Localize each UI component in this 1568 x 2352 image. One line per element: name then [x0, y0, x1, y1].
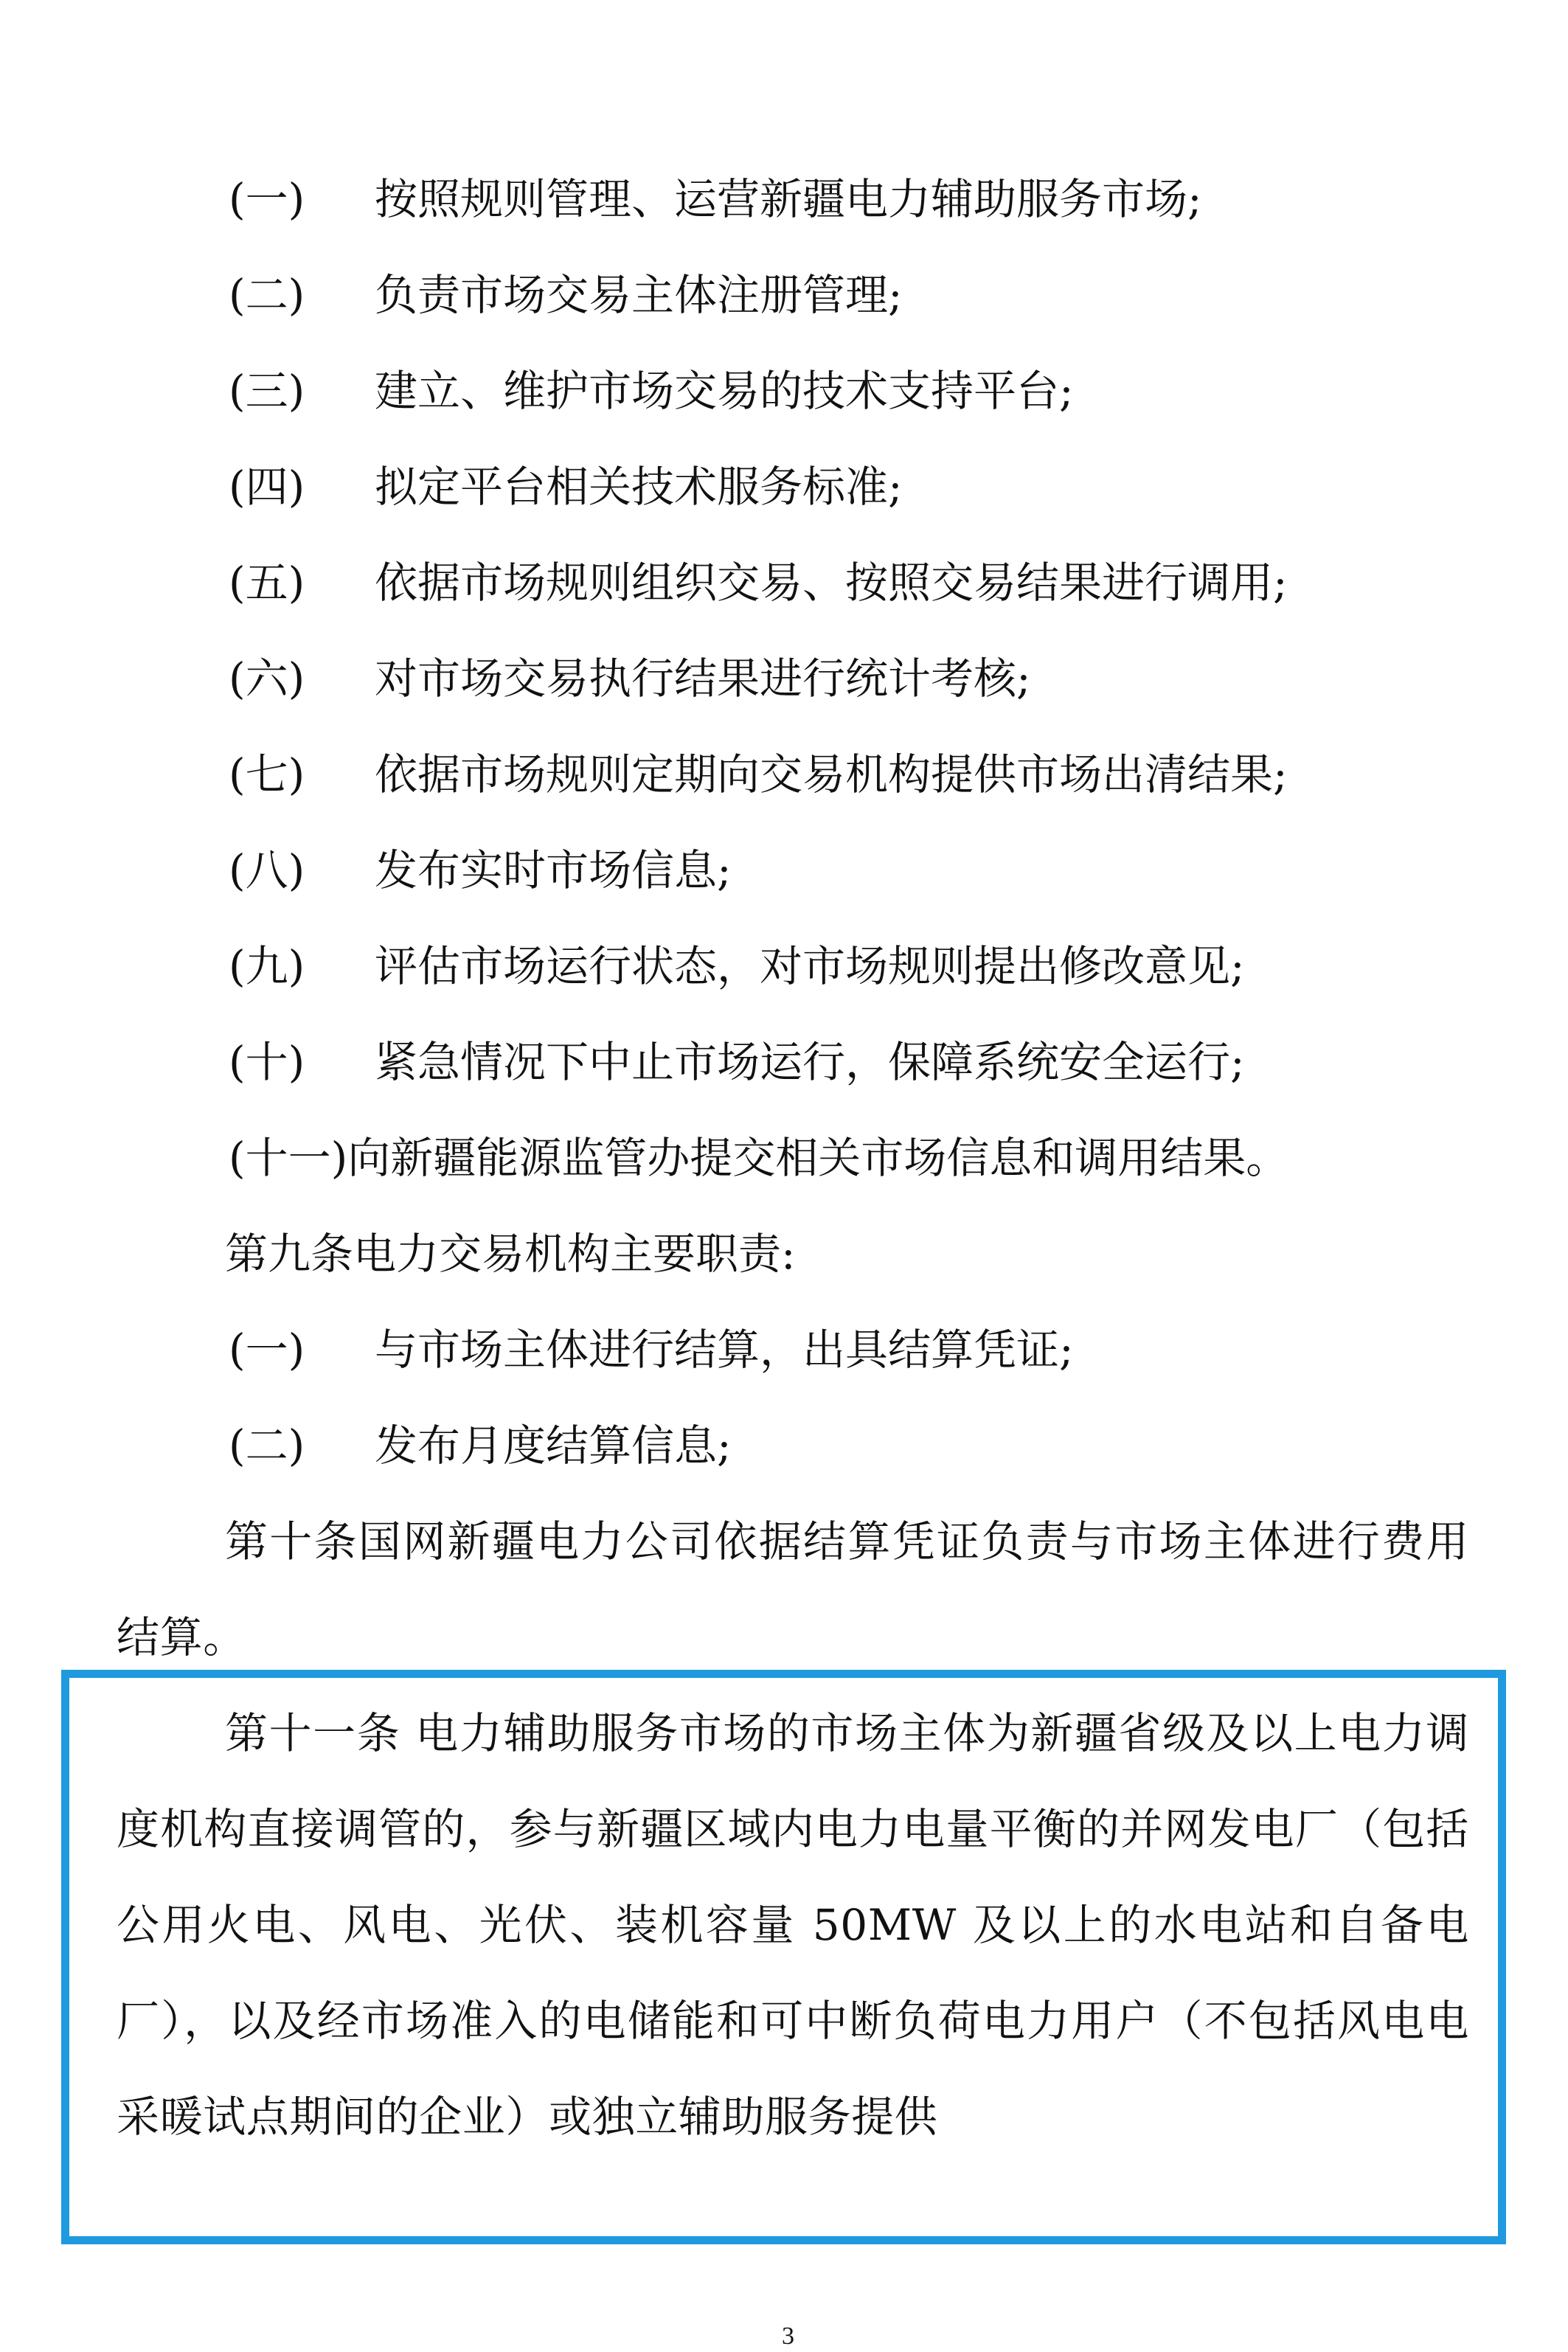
duty-item-7: (七)依据市场规则定期向交易机构提供市场出清结果; — [229, 726, 1288, 822]
duty-item-11: (十一)向新疆能源监管办提交相关市场信息和调用结果。 — [229, 1110, 1288, 1206]
duty-item-9: (九)评估市场运行状态，对市场规则提出修改意见; — [229, 918, 1245, 1014]
item-text: 建立、维护市场交易的技术支持平台; — [375, 343, 1074, 439]
item-number: (一) — [229, 1302, 375, 1398]
item-number: (六) — [229, 631, 375, 726]
item-text: 按照规则管理、运营新疆电力辅助服务市场; — [375, 151, 1202, 247]
item-text: 发布实时市场信息; — [375, 822, 732, 918]
item-text: 依据市场规则定期向交易机构提供市场出清结果; — [375, 726, 1288, 822]
article-10-paragraph: 第十条国网新疆电力公司依据结算凭证负责与市场主体进行费用结算。 — [117, 1494, 1469, 1685]
page-number: 3 — [782, 2322, 794, 2351]
article-9-item-2: (二)发布月度结算信息; — [229, 1398, 732, 1494]
item-number: (二) — [229, 1398, 375, 1494]
item-text: 负责市场交易主体注册管理; — [375, 247, 903, 343]
duty-item-10: (十)紧急情况下中止市场运行，保障系统安全运行; — [229, 1014, 1245, 1110]
item-text: 发布月度结算信息; — [375, 1398, 732, 1494]
duty-item-1: (一)按照规则管理、运营新疆电力辅助服务市场; — [229, 151, 1202, 247]
article-9-heading: 第九条电力交易机构主要职责: — [225, 1206, 796, 1302]
item-text: 拟定平台相关技术服务标准; — [375, 439, 903, 535]
item-number: (三) — [229, 343, 375, 439]
item-number: (八) — [229, 822, 375, 918]
item-number: (七) — [229, 726, 375, 822]
item-number: (九) — [229, 918, 375, 1014]
duty-item-6: (六)对市场交易执行结果进行统计考核; — [229, 631, 1031, 726]
item-number: (二) — [229, 247, 375, 343]
item-text: 紧急情况下中止市场运行，保障系统安全运行; — [375, 1014, 1245, 1110]
item-number: (十) — [229, 1014, 375, 1110]
item-number: (四) — [229, 439, 375, 535]
article-11-paragraph: 第十一条 电力辅助服务市场的市场主体为新疆省级及以上电力调度机构直接调管的，参与… — [117, 1685, 1469, 2165]
duty-item-8: (八)发布实时市场信息; — [229, 822, 732, 918]
item-text: 依据市场规则组织交易、按照交易结果进行调用; — [375, 535, 1288, 631]
item-text: 对市场交易执行结果进行统计考核; — [375, 631, 1031, 726]
item-text: 向新疆能源监管办提交相关市场信息和调用结果。 — [347, 1110, 1288, 1206]
duty-item-4: (四)拟定平台相关技术服务标准; — [229, 439, 903, 535]
item-number: (一) — [229, 151, 375, 247]
item-text: 评估市场运行状态，对市场规则提出修改意见; — [375, 918, 1245, 1014]
item-text: 与市场主体进行结算，出具结算凭证; — [375, 1302, 1074, 1398]
duty-item-5: (五)依据市场规则组织交易、按照交易结果进行调用; — [229, 535, 1288, 631]
item-number: (十一) — [229, 1110, 347, 1206]
article-9-item-1: (一)与市场主体进行结算，出具结算凭证; — [229, 1302, 1074, 1398]
item-number: (五) — [229, 535, 375, 631]
duty-item-2: (二)负责市场交易主体注册管理; — [229, 247, 903, 343]
duty-item-3: (三)建立、维护市场交易的技术支持平台; — [229, 343, 1074, 439]
